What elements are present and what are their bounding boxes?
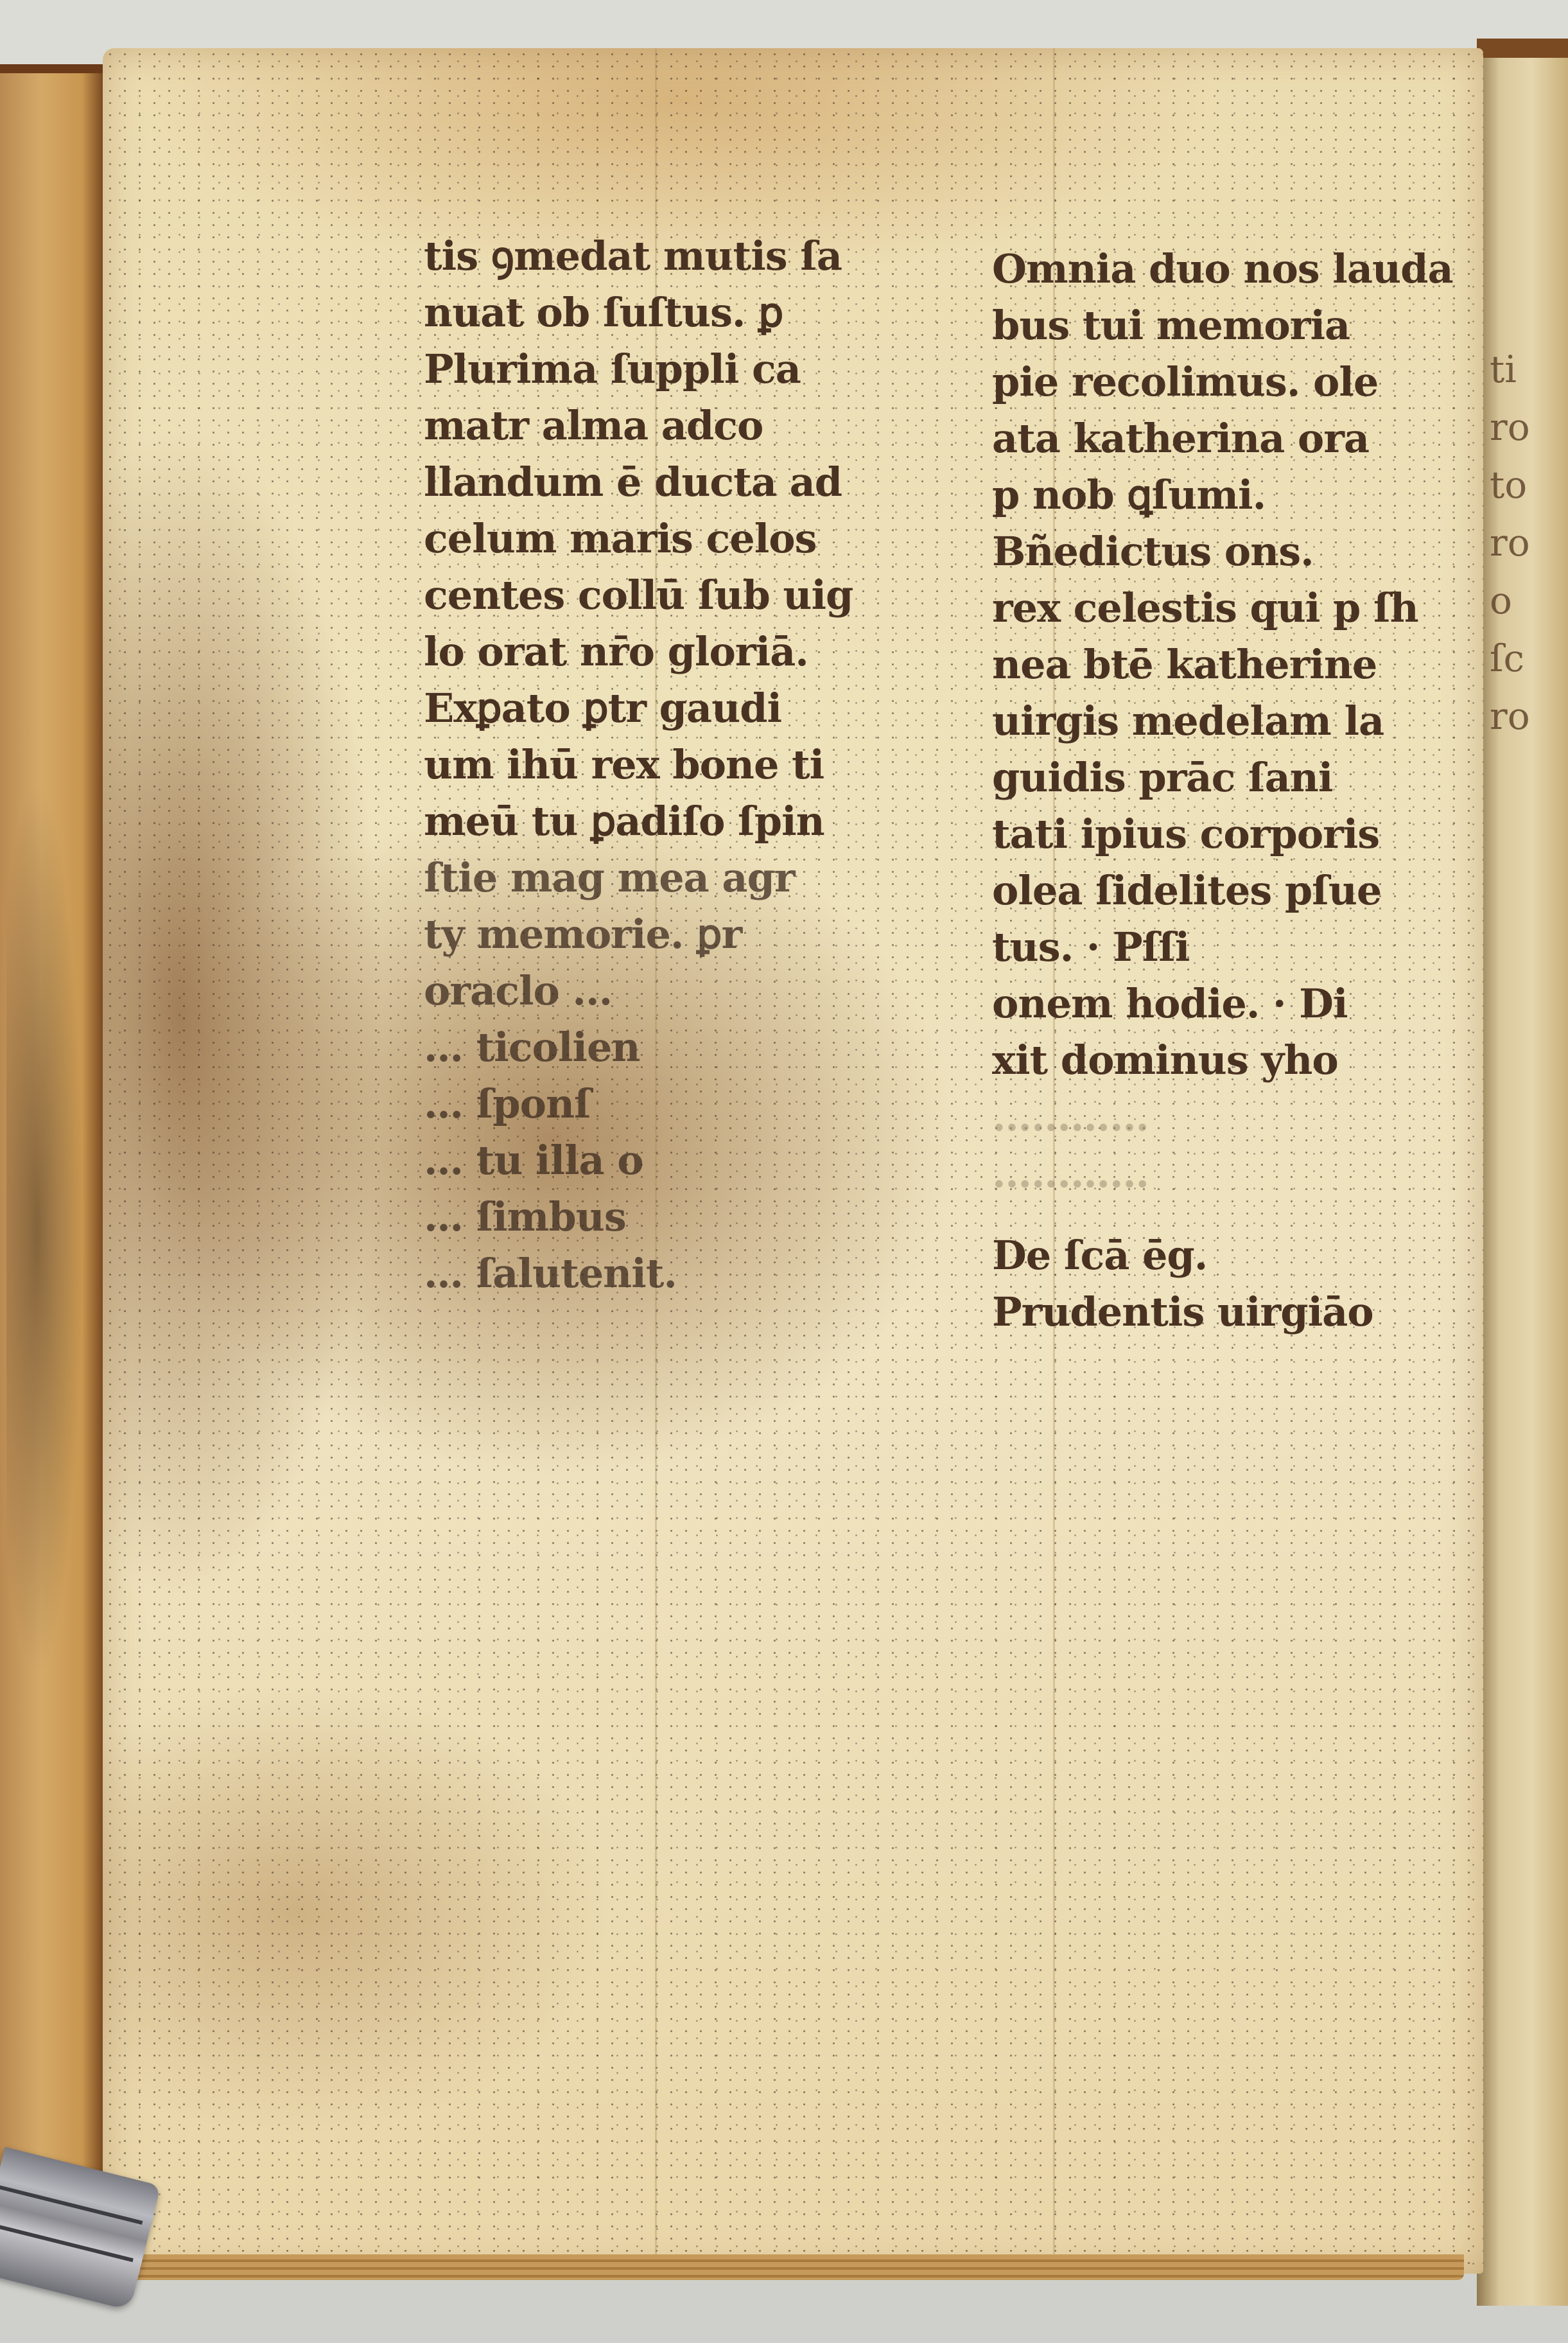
manuscript-line: bus tui memoria bbox=[992, 297, 1493, 354]
water-stain bbox=[6, 780, 83, 1679]
manuscript-line: ty memorie. ꝑr bbox=[424, 906, 937, 963]
manuscript-line: Exꝑato ꝑtr gaudi bbox=[424, 680, 937, 737]
manuscript-page: tis ꝯmedat mutis ſanuat ob ſuſtus. ꝑPlur… bbox=[103, 48, 1483, 2274]
clip-groove bbox=[0, 2222, 134, 2262]
adjacent-leaf-text: ti ro to ro o ſc ro bbox=[1490, 340, 1560, 745]
manuscript-line: ………… bbox=[992, 1145, 1493, 1202]
manuscript-line: onem hodie. · Di bbox=[992, 976, 1493, 1032]
rubric-line: Prudentis uirgiāo bbox=[992, 1284, 1493, 1340]
manuscript-line: llandum ē ducta ad bbox=[424, 454, 937, 511]
manuscript-line: um ihū rex bone ti bbox=[424, 737, 937, 793]
manuscript-line: Omnia duo nos lauda bbox=[992, 241, 1493, 297]
manuscript-line: Bñedictus ons. bbox=[992, 523, 1493, 580]
manuscript-line: … ſalutenit. bbox=[424, 1245, 937, 1302]
manuscript-line: lo orat nr̄o gloriā. bbox=[424, 624, 937, 680]
manuscript-line: oraclo ... bbox=[424, 963, 937, 1019]
manuscript-line: guidis prāc ſani bbox=[992, 750, 1493, 806]
manuscript-line: xit dominus yho bbox=[992, 1032, 1493, 1089]
manuscript-line: meū tu ꝑadiſo ſpin bbox=[424, 793, 937, 850]
manuscript-line: olea ſidelites pſue bbox=[992, 863, 1493, 919]
manuscript-line: tis ꝯmedat mutis ſa bbox=[424, 228, 937, 285]
manuscript-line: … ſponſ bbox=[424, 1076, 937, 1132]
manuscript-line: tus. · Pſſi bbox=[992, 919, 1493, 976]
manuscript-line: ata katherina ora bbox=[992, 410, 1493, 467]
manuscript-line: centes collū ſub uig bbox=[424, 567, 937, 624]
text-column-right: Omnia duo nos laudabus tui memoriapie re… bbox=[992, 241, 1493, 1340]
rubric-line: De ſcā ēg. bbox=[992, 1227, 1493, 1284]
clip-groove bbox=[0, 2184, 143, 2225]
manuscript-line: Plurima ſuppli ca bbox=[424, 341, 937, 398]
manuscript-line: nuat ob ſuſtus. ꝑ bbox=[424, 285, 937, 341]
manuscript-line: tati ipius corporis bbox=[992, 806, 1493, 863]
manuscript-line: uirgis medelam la bbox=[992, 693, 1493, 750]
manuscript-line: celum maris celos bbox=[424, 511, 937, 567]
manuscript-line: … ſimbus bbox=[424, 1189, 937, 1245]
manuscript-line: ………… bbox=[992, 1089, 1493, 1145]
manuscript-line: … ticolien bbox=[424, 1019, 937, 1076]
manuscript-line: pie recolimus. ole bbox=[992, 354, 1493, 410]
manuscript-line: … tu illa o bbox=[424, 1132, 937, 1189]
manuscript-line: rex celestis qui p ſh bbox=[992, 580, 1493, 636]
binding-stub-left bbox=[0, 64, 103, 2276]
text-column-left: tis ꝯmedat mutis ſanuat ob ſuſtus. ꝑPlur… bbox=[424, 228, 937, 1302]
page-block-edge bbox=[128, 2254, 1464, 2280]
manuscript-line: nea btē katherine bbox=[992, 636, 1493, 693]
manuscript-line: p nob ꝗſumi. bbox=[992, 467, 1493, 523]
manuscript-line: matr alma adco bbox=[424, 398, 937, 454]
manuscript-line: ſtie mag mea agr bbox=[424, 850, 937, 906]
